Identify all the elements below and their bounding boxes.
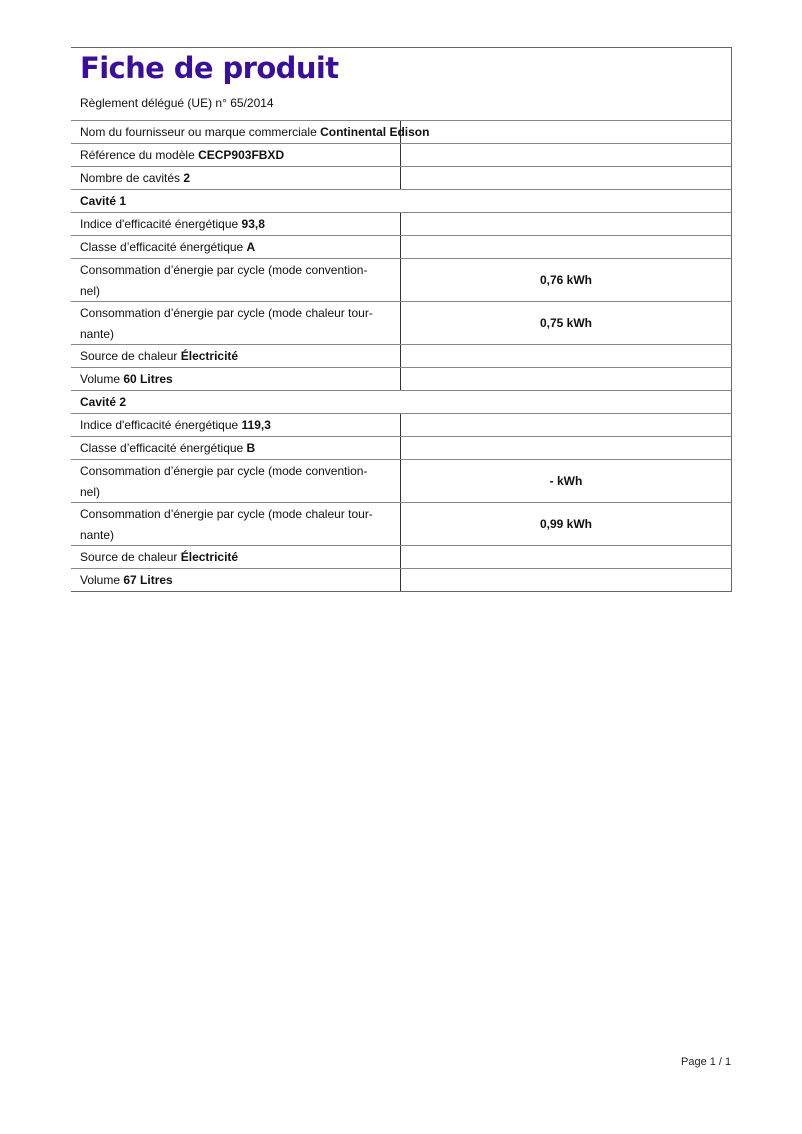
supplier-row: Nom du fournisseur ou marque commerciale… [71, 120, 732, 143]
heat-source-label: Source de chaleur [80, 550, 181, 564]
heat-source-value: Électricité [181, 349, 238, 363]
fan-consumption-value: 0,99 kWh [401, 503, 731, 545]
efficiency-index-label: Indice d'efficacité énergétique [80, 418, 242, 432]
conventional-consumption-label: Consommation d’énergie par cycle (mode c… [80, 263, 367, 277]
cavity-count-label: Nombre de cavités [80, 171, 183, 185]
cavity-2-conventional-consumption-row: Consommation d’énergie par cycle (mode c… [71, 459, 732, 502]
volume-label: Volume [80, 372, 123, 386]
cavity-1-conventional-consumption-row: Consommation d’énergie par cycle (mode c… [71, 258, 732, 301]
product-sheet: Fiche de produit Règlement délégué (UE) … [71, 47, 732, 592]
regulation-reference: Règlement délégué (UE) n° 65/2014 [80, 96, 274, 110]
cavity-1-efficiency-index-row: Indice d'efficacité énergétique 93,8 [71, 212, 732, 235]
cavity-2-efficiency-index-row: Indice d'efficacité énergétique 119,3 [71, 413, 732, 436]
volume-label: Volume [80, 573, 123, 587]
fan-consumption-label-cont: nante) [80, 528, 114, 542]
efficiency-class-label: Classe d’efficacité énergétique [80, 441, 247, 455]
model-value: CECP903FBXD [198, 148, 284, 162]
fan-consumption-label: Consommation d’énergie par cycle (mode c… [80, 306, 373, 320]
fan-consumption-value: 0,75 kWh [401, 302, 731, 344]
volume-value: 67 Litres [123, 573, 172, 587]
fan-consumption-label: Consommation d’énergie par cycle (mode c… [80, 507, 373, 521]
cavity-2-heat-source-row: Source de chaleur Électricité [71, 545, 732, 568]
efficiency-index-value: 119,3 [242, 418, 271, 432]
conventional-consumption-value: 0,76 kWh [401, 259, 731, 301]
efficiency-class-value: A [247, 240, 256, 254]
cavity-1-efficiency-class-row: Classe d’efficacité énergétique A [71, 235, 732, 258]
cavity-2-efficiency-class-row: Classe d’efficacité énergétique B [71, 436, 732, 459]
cavity-2-volume-row: Volume 67 Litres [71, 568, 732, 592]
conventional-consumption-label: Consommation d’énergie par cycle (mode c… [80, 464, 367, 478]
page-number: Page 1 / 1 [681, 1056, 731, 1068]
model-row: Référence du modèle CECP903FBXD [71, 143, 732, 166]
cavity-1-heading: Cavité 1 [71, 190, 731, 212]
title-block: Fiche de produit Règlement délégué (UE) … [71, 47, 732, 120]
cavity-2-heading-row: Cavité 2 [71, 390, 732, 413]
heat-source-value: Électricité [181, 550, 238, 564]
cavity-1-fan-consumption-row: Consommation d’énergie par cycle (mode c… [71, 301, 732, 344]
cavity-1-heat-source-row: Source de chaleur Électricité [71, 344, 732, 367]
conventional-consumption-value: - kWh [401, 460, 731, 502]
cavity-2-fan-consumption-row: Consommation d’énergie par cycle (mode c… [71, 502, 732, 545]
cavity-2-heading: Cavité 2 [71, 391, 731, 413]
efficiency-class-label: Classe d’efficacité énergétique [80, 240, 247, 254]
cavity-count-value: 2 [183, 171, 190, 185]
fan-consumption-label-cont: nante) [80, 327, 114, 341]
cavity-1-volume-row: Volume 60 Litres [71, 367, 732, 390]
heat-source-label: Source de chaleur [80, 349, 181, 363]
efficiency-index-label: Indice d'efficacité énergétique [80, 217, 242, 231]
cavity-1-heading-row: Cavité 1 [71, 189, 732, 212]
cavity-count-row: Nombre de cavités 2 [71, 166, 732, 189]
model-label: Référence du modèle [80, 148, 198, 162]
supplier-value: Continental Edison [320, 125, 429, 139]
page-title: Fiche de produit [80, 51, 338, 85]
conventional-consumption-label-cont: nel) [80, 485, 100, 499]
conventional-consumption-label-cont: nel) [80, 284, 100, 298]
volume-value: 60 Litres [123, 372, 172, 386]
efficiency-class-value: B [247, 441, 256, 455]
supplier-label: Nom du fournisseur ou marque commerciale [80, 125, 320, 139]
efficiency-index-value: 93,8 [242, 217, 265, 231]
